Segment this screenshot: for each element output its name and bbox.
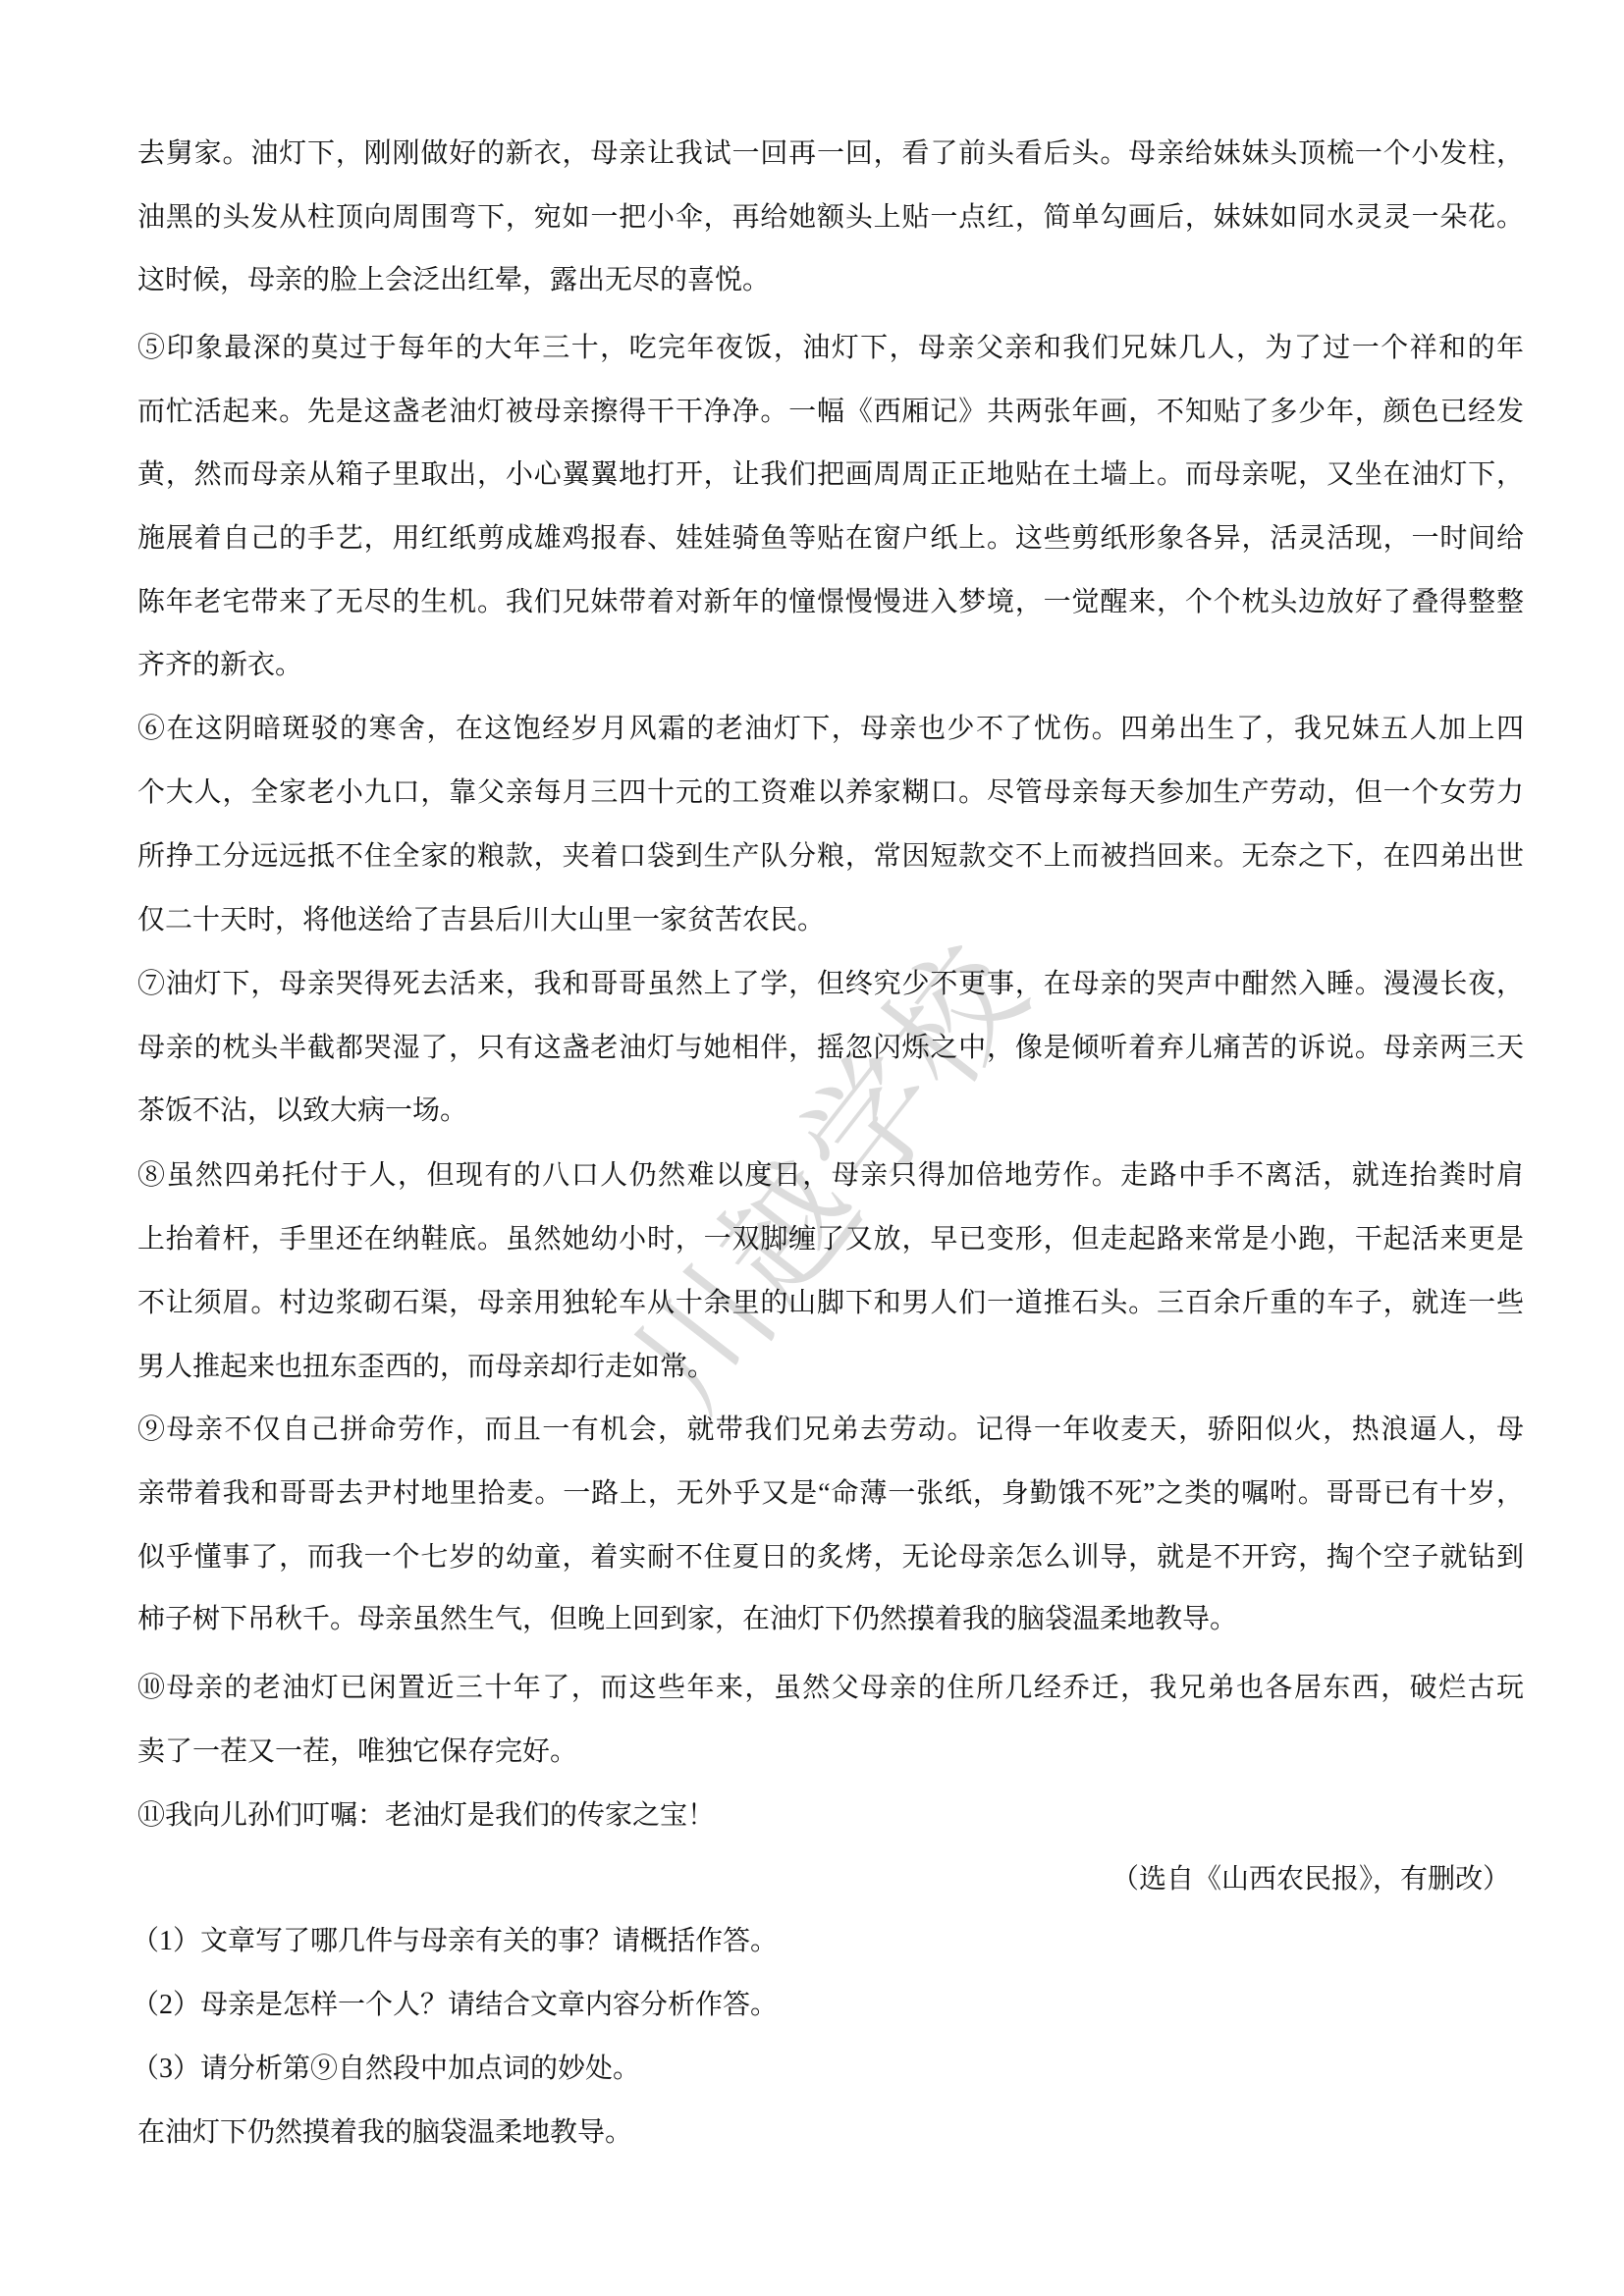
- paragraph-5-line: 施展着自己的手艺，用红纸剪成雄鸡报春、娃娃骑鱼等贴在窗户纸上。这些剪纸形象各异，…: [137, 507, 1524, 570]
- text-segment: 柿子树下吊秋千。母亲虽然生气，但晚上回到家，在油灯下仍然: [137, 1604, 907, 1634]
- paragraph-5-line: ⑤印象最深的莫过于每年的大年三十，吃完年夜饭，油灯下，母亲父亲和我们兄妹几人，为…: [137, 316, 1524, 380]
- paragraph-line: 这时候，母亲的脸上会泛出红晕，露出无尽的喜悦。: [137, 248, 1524, 312]
- emphasized-word: 摸: [907, 1604, 935, 1634]
- paragraph-line: 油黑的头发从柱顶向周围弯下，宛如一把小伞，再给她额头上贴一点红，简单勾画后，妹妹…: [137, 186, 1524, 249]
- paragraph-6-line: 仅二十天时，将他送给了吉县后川大山里一家贫苦农民。: [137, 888, 1524, 952]
- paragraph-8-line: ⑧虽然四弟托付于人，但现有的八口人仍然难以度日，母亲只得加倍地劳作。走路中手不离…: [137, 1144, 1524, 1207]
- paragraph-11-line: ⑪我向儿孙们叮嘱：老油灯是我们的传家之宝！: [137, 1784, 1524, 1847]
- question-1: （1）文章写了哪几件与母亲有关的事？请概括作答。: [132, 1909, 1518, 1973]
- paragraph-6-line: 所挣工分远远抵不住全家的粮款，夹着口袋到生产队分粮，常因短款交不上而被挡回来。无…: [137, 825, 1524, 888]
- paragraph-10-line: 卖了一茬又一茬，唯独它保存完好。: [137, 1720, 1524, 1784]
- paragraph-9-line: 柿子树下吊秋千。母亲虽然生气，但晚上回到家，在油灯下仍然摸着我的脑袋温柔地教导。: [137, 1587, 1524, 1651]
- document-page: 川越学校 去舅家。油灯下，刚刚做好的新衣，母亲让我试一回再一回，看了前头看后头。…: [0, 0, 1624, 2296]
- paragraph-6-line: 个大人，全家老小九口，靠父亲每月三四十元的工资难以养家糊口。尽管母亲每天参加生产…: [137, 761, 1524, 825]
- paragraph-line: 去舅家。油灯下，刚刚做好的新衣，母亲让我试一回再一回，看了前头看后头。母亲给妹妹…: [137, 122, 1524, 186]
- question-3: （3）请分析第⑨自然段中加点词的妙处。: [132, 2037, 1518, 2101]
- paragraph-8-line: 男人推起来也扭东歪西的，而母亲却行走如常。: [137, 1335, 1524, 1399]
- paragraph-6-line: ⑥在这阴暗斑驳的寒舍，在这饱经岁月风霜的老油灯下，母亲也少不了忧伤。四弟出生了，…: [137, 697, 1524, 761]
- paragraph-9-line: 似乎懂事了，而我一个七岁的幼童，着实耐不住夏日的炙烤，无论母亲怎么训导，就是不开…: [137, 1525, 1524, 1589]
- paragraph-7-line: ⑦油灯下，母亲哭得死去活来，我和哥哥虽然上了学，但终究少不更事，在母亲的哭声中酣…: [137, 952, 1524, 1016]
- question-2: （2）母亲是怎样一个人？请结合文章内容分析作答。: [132, 1973, 1518, 2037]
- paragraph-5-line: 黄，然而母亲从箱子里取出，小心翼翼地打开，让我们把画周周正正地贴在土墙上。而母亲…: [137, 443, 1524, 507]
- article-content: 去舅家。油灯下，刚刚做好的新衣，母亲让我试一回再一回，看了前头看后头。母亲给妹妹…: [0, 0, 1624, 2296]
- paragraph-7-line: 母亲的枕头半截都哭湿了，只有这盏老油灯与她相伴，摇忽闪烁之中，像是倾听着弃儿痛苦…: [137, 1016, 1524, 1080]
- paragraph-9-line: 亲带着我和哥哥去尹村地里拾麦。一路上，无外乎又是“命薄一张纸，身勤饿不死”之类的…: [137, 1462, 1524, 1525]
- text-segment: 着我的脑袋温柔地教导。: [935, 1604, 1237, 1634]
- paragraph-5-line: 齐齐的新衣。: [137, 633, 1524, 697]
- paragraph-5-line: 而忙活起来。先是这盏老油灯被母亲擦得干干净净。一幅《西厢记》共两张年画，不知贴了…: [137, 380, 1524, 444]
- paragraph-8-line: 不让须眉。村边浆砌石渠，母亲用独轮车从十余里的山脚下和男人们一道推石头。三百余斤…: [137, 1271, 1524, 1335]
- paragraph-7-line: 茶饭不沾，以致大病一场。: [137, 1079, 1524, 1143]
- paragraph-5-line: 陈年老宅带来了无尽的生机。我们兄妹带着对新年的憧憬慢慢进入梦境，一觉醒来，个个枕…: [137, 570, 1524, 634]
- quoted-sentence: 在油灯下仍然摸着我的脑袋温柔地教导。: [137, 2101, 1524, 2164]
- paragraph-8-line: 上抬着杆，手里还在纳鞋底。虽然她幼小时，一双脚缠了又放，早已变形，但走起路来常是…: [137, 1207, 1524, 1271]
- paragraph-9-line: ⑨母亲不仅自己拼命劳作，而且一有机会，就带我们兄弟去劳动。记得一年收麦天，骄阳似…: [137, 1398, 1524, 1462]
- source-citation: （选自《山西农民报》，有删改）: [137, 1847, 1510, 1911]
- paragraph-10-line: ⑩母亲的老油灯已闲置近三十年了，而这些年来，虽然父母亲的住所几经乔迁，我兄弟也各…: [137, 1656, 1524, 1720]
